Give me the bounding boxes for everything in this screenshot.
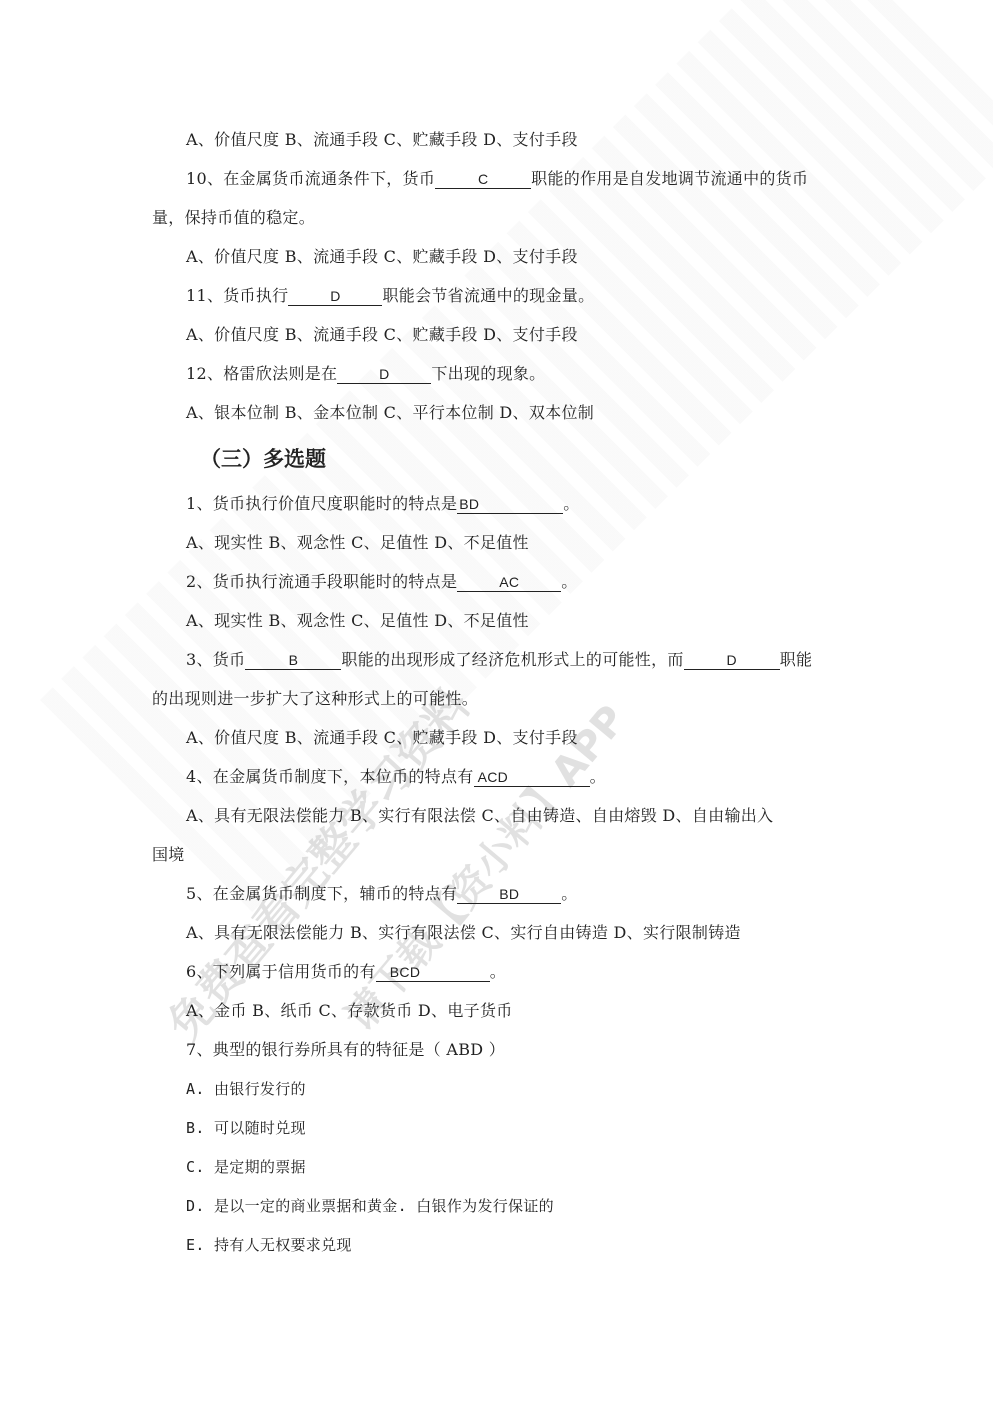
- m1-options: A、现实性 B、观念性 C、足值性 D、不足值性: [186, 533, 529, 553]
- m4-continuation: 国境: [152, 845, 185, 865]
- q11-text-after: 职能会节省流通中的现金量。: [382, 286, 594, 305]
- m3-answer-blank-1: B: [245, 651, 341, 670]
- q9-options: A、价值尺度 B、流通手段 C、贮藏手段 D、支付手段: [186, 130, 578, 150]
- multi-question-1: 1、货币执行价值尺度职能时的特点是BD。: [186, 494, 580, 514]
- q10-continuation: 量，保持币值的稳定。: [152, 208, 315, 228]
- m5-options: A、具有无限法偿能力 B、实行有限法偿 C、实行自由铸造 D、实行限制铸造: [186, 923, 741, 943]
- multi-question-6: 6、下列属于信用货币的有BCD。: [186, 962, 506, 982]
- m4-text-after: 。: [590, 767, 606, 786]
- m3-options: A、价值尺度 B、流通手段 C、贮藏手段 D、支付手段: [186, 728, 578, 748]
- m6-options: A、金币 B、纸币 C、存款货币 D、电子货币: [186, 1001, 513, 1021]
- q11-options: A、价值尺度 B、流通手段 C、贮藏手段 D、支付手段: [186, 325, 578, 345]
- question-12: 12、格雷欣法则是在D下出现的现象。: [186, 364, 545, 384]
- m1-text-before: 1、货币执行价值尺度职能时的特点是: [186, 494, 457, 513]
- section-heading: （三）多选题: [200, 446, 326, 472]
- m7-option-d: D. 是以一定的商业票据和黄金. 白银作为发行保证的: [186, 1196, 554, 1216]
- document-page: 免费查看完整学习资料 请下载【资小料】APP A、价值尺度 B、流通手段 C、贮…: [0, 0, 993, 1404]
- question-11: 11、货币执行D职能会节省流通中的现金量。: [186, 286, 594, 306]
- watermark: 免费查看完整学习资料 请下载【资小料】APP: [0, 0, 993, 1404]
- q10-text-before: 10、在金属货币流通条件下，货币: [186, 169, 435, 188]
- m3-answer-blank-2: D: [684, 651, 780, 670]
- multi-question-3: 3、货币B职能的出现形成了经济危机形式上的可能性，而D职能: [186, 650, 812, 670]
- m2-answer-blank: AC: [457, 573, 561, 592]
- m2-options: A、现实性 B、观念性 C、足值性 D、不足值性: [186, 611, 529, 631]
- q11-answer-blank: D: [288, 287, 382, 306]
- m4-text-before: 4、在金属货币制度下，本位币的特点有: [186, 767, 474, 786]
- q12-answer-blank: D: [337, 365, 431, 384]
- m4-answer-blank: ACD: [474, 768, 590, 787]
- m1-text-after: 。: [563, 494, 579, 513]
- multi-question-7: 7、典型的银行券所具有的特征是（ ABD ）: [186, 1040, 505, 1060]
- m5-text-before: 5、在金属货币制度下，辅币的特点有: [186, 884, 457, 903]
- m3-continuation: 的出现则进一步扩大了这种形式上的可能性。: [152, 689, 478, 709]
- m3-text-after: 职能: [780, 650, 813, 669]
- m7-option-c: C. 是定期的票据: [186, 1157, 306, 1177]
- multi-question-4: 4、在金属货币制度下，本位币的特点有ACD。: [186, 767, 606, 787]
- q12-text-after: 下出现的现象。: [431, 364, 545, 383]
- m2-text-after: 。: [561, 572, 577, 591]
- m7-option-b: B. 可以随时兑现: [186, 1118, 306, 1138]
- question-10: 10、在金属货币流通条件下，货币C职能的作用是自发地调节流通中的货币: [186, 169, 808, 189]
- q12-options: A、银本位制 B、金本位制 C、平行本位制 D、双本位制: [186, 403, 594, 423]
- m6-text-after: 。: [490, 962, 506, 981]
- m5-answer-blank: BD: [457, 885, 561, 904]
- m6-text-before: 6、下列属于信用货币的有: [186, 962, 376, 981]
- q10-answer-blank: C: [435, 170, 531, 189]
- q10-text-after: 职能的作用是自发地调节流通中的货币: [531, 169, 808, 188]
- multi-question-5: 5、在金属货币制度下，辅币的特点有BD。: [186, 884, 578, 904]
- m1-answer-blank: BD: [457, 495, 563, 514]
- m4-options: A、具有无限法偿能力 B、实行有限法偿 C、自由铸造、自由熔毁 D、自由输出入: [186, 806, 773, 826]
- m6-answer-blank: BCD: [376, 963, 490, 982]
- m5-text-after: 。: [561, 884, 577, 903]
- q10-options: A、价值尺度 B、流通手段 C、贮藏手段 D、支付手段: [186, 247, 578, 267]
- multi-question-2: 2、货币执行流通手段职能时的特点是AC。: [186, 572, 578, 592]
- m7-option-e: E. 持有人无权要求兑现: [186, 1235, 352, 1255]
- q11-text-before: 11、货币执行: [186, 286, 288, 305]
- m2-text-before: 2、货币执行流通手段职能时的特点是: [186, 572, 457, 591]
- q12-text-before: 12、格雷欣法则是在: [186, 364, 337, 383]
- m3-text-before: 3、货币: [186, 650, 245, 669]
- m7-option-a: A. 由银行发行的: [186, 1079, 306, 1099]
- m3-text-mid: 职能的出现形成了经济危机形式上的可能性，而: [341, 650, 683, 669]
